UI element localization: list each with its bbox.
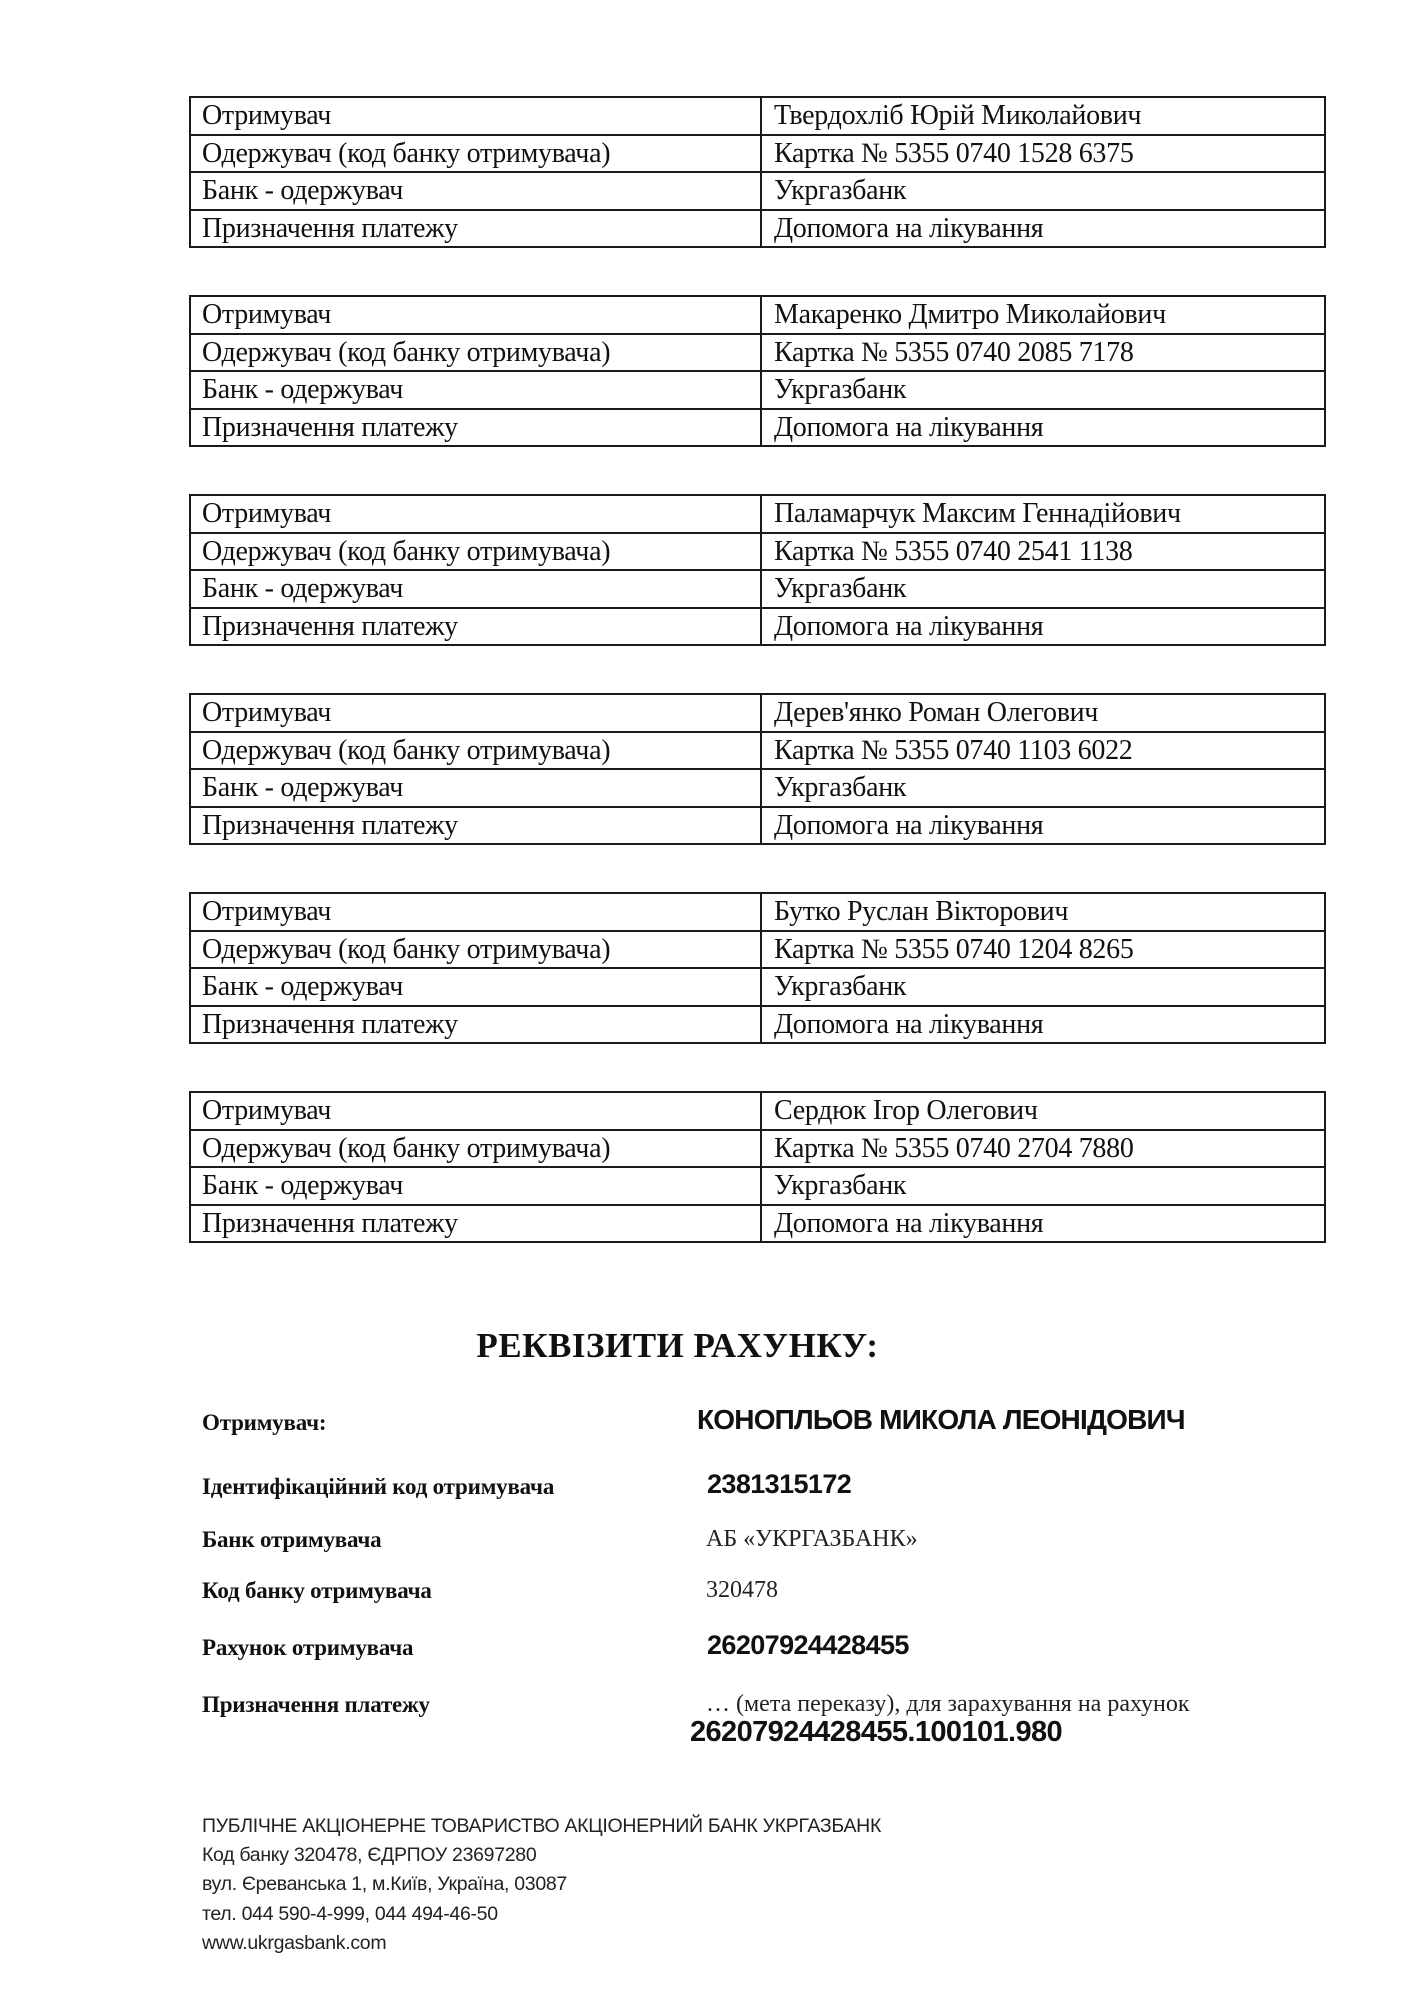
row-label: Банк - одержувач (190, 371, 761, 409)
row-label: Отримувач (190, 694, 761, 732)
row-label: Отримувач (190, 97, 761, 135)
table-row: Одержувач (код банку отримувача)Картка №… (190, 931, 1325, 969)
row-label: Банк - одержувач (190, 172, 761, 210)
row-label: Призначення платежу (190, 608, 761, 646)
requisite-id-code: Ідентифікаційний код отримувача 23813151… (202, 1460, 1322, 1500)
row-value: Допомога на лікування (761, 210, 1325, 248)
table-row: Одержувач (код банку отримувача)Картка №… (190, 135, 1325, 173)
row-value: Укргазбанк (761, 968, 1325, 1006)
row-label: Призначення платежу (190, 409, 761, 447)
row-label: Банк - одержувач (190, 570, 761, 608)
requisite-label: Банк отримувача (202, 1527, 381, 1553)
row-value: Картка № 5355 0740 2704 7880 (761, 1130, 1325, 1168)
row-value: Укргазбанк (761, 172, 1325, 210)
row-value: Дерев'янко Роман Олегович (761, 694, 1325, 732)
row-value: Картка № 5355 0740 2085 7178 (761, 334, 1325, 372)
requisite-bank: Банк отримувача АБ «УКРГАЗБАНК» (202, 1513, 1322, 1553)
recipient-table: ОтримувачБутко Руслан ВікторовичОдержува… (189, 892, 1326, 1044)
requisite-purpose: Призначення платежу … (мета переказу), д… (202, 1678, 1322, 1718)
bank-code-value: 320478 (706, 1577, 778, 1604)
table-row: Призначення платежуДопомога на лікування (190, 608, 1325, 646)
document-page: ОтримувачТвердохліб Юрій МиколайовичОдер… (0, 0, 1415, 2000)
row-label: Одержувач (код банку отримувача) (190, 533, 761, 571)
row-value: Укргазбанк (761, 570, 1325, 608)
requisite-recipient: Отримувач: КОНОПЛЬОВ МИКОЛА ЛЕОНІДОВИЧ (202, 1396, 1322, 1436)
row-label: Банк - одержувач (190, 968, 761, 1006)
row-label: Одержувач (код банку отримувача) (190, 135, 761, 173)
requisites-title: РЕКВІЗИТИ РАХУНКУ: (0, 1326, 1415, 1366)
table-row: Банк - одержувачУкргазбанк (190, 172, 1325, 210)
recipient-table: ОтримувачТвердохліб Юрій МиколайовичОдер… (189, 96, 1326, 248)
row-label: Одержувач (код банку отримувача) (190, 1130, 761, 1168)
requisite-label: Ідентифікаційний код отримувача (202, 1474, 554, 1500)
table-row: Призначення платежуДопомога на лікування (190, 409, 1325, 447)
table-row: Призначення платежуДопомога на лікування (190, 210, 1325, 248)
requisite-label: Код банку отримувача (202, 1578, 432, 1604)
table-row: Банк - одержувачУкргазбанк (190, 968, 1325, 1006)
table-row: Банк - одержувачУкргазбанк (190, 769, 1325, 807)
row-value: Картка № 5355 0740 1204 8265 (761, 931, 1325, 969)
row-label: Призначення платежу (190, 210, 761, 248)
table-row: ОтримувачБутко Руслан Вікторович (190, 893, 1325, 931)
row-value: Бутко Руслан Вікторович (761, 893, 1325, 931)
table-row: Одержувач (код банку отримувача)Картка №… (190, 334, 1325, 372)
recipient-table: ОтримувачПаламарчук Максим ГеннадійовичО… (189, 494, 1326, 646)
table-row: ОтримувачСердюк Ігор Олегович (190, 1092, 1325, 1130)
bank-value: АБ «УКРГАЗБАНК» (706, 1526, 918, 1553)
row-value: Укргазбанк (761, 371, 1325, 409)
table-row: Одержувач (код банку отримувача)Картка №… (190, 533, 1325, 571)
row-label: Отримувач (190, 893, 761, 931)
row-label: Банк - одержувач (190, 769, 761, 807)
table-row: Призначення платежуДопомога на лікування (190, 807, 1325, 845)
table-row: ОтримувачТвердохліб Юрій Миколайович (190, 97, 1325, 135)
table-row: Призначення платежуДопомога на лікування (190, 1006, 1325, 1044)
requisite-bank-code: Код банку отримувача 320478 (202, 1564, 1322, 1604)
row-value: Допомога на лікування (761, 608, 1325, 646)
row-label: Одержувач (код банку отримувача) (190, 334, 761, 372)
table-row: Банк - одержувачУкргазбанк (190, 1167, 1325, 1205)
purpose-value: … (мета переказу), для зарахування на ра… (706, 1691, 1190, 1718)
row-value: Картка № 5355 0740 2541 1138 (761, 533, 1325, 571)
row-value: Макаренко Дмитро Миколайович (761, 296, 1325, 334)
table-row: ОтримувачДерев'янко Роман Олегович (190, 694, 1325, 732)
row-value: Паламарчук Максим Геннадійович (761, 495, 1325, 533)
recipient-table: ОтримувачСердюк Ігор ОлеговичОдержувач (… (189, 1091, 1326, 1243)
account-value: 26207924428455 (707, 1630, 909, 1661)
table-row: ОтримувачМакаренко Дмитро Миколайович (190, 296, 1325, 334)
requisite-label: Призначення платежу (202, 1692, 430, 1718)
row-label: Призначення платежу (190, 1205, 761, 1243)
table-row: Одержувач (код банку отримувача)Картка №… (190, 732, 1325, 770)
row-label: Одержувач (код банку отримувача) (190, 732, 761, 770)
table-row: Банк - одержувачУкргазбанк (190, 570, 1325, 608)
footer-bank-codes: Код банку 320478, ЄДРПОУ 23697280 (202, 1841, 881, 1870)
row-value: Картка № 5355 0740 1528 6375 (761, 135, 1325, 173)
footer-phones: тел. 044 590-4-999, 044 494-46-50 (202, 1900, 881, 1929)
row-label: Призначення платежу (190, 807, 761, 845)
bank-footer: ПУБЛІЧНЕ АКЦІОНЕРНЕ ТОВАРИСТВО АКЦІОНЕРН… (202, 1812, 881, 1958)
table-row: Одержувач (код банку отримувача)Картка №… (190, 1130, 1325, 1168)
row-value: Допомога на лікування (761, 807, 1325, 845)
row-value: Допомога на лікування (761, 409, 1325, 447)
table-row: Банк - одержувачУкргазбанк (190, 371, 1325, 409)
footer-bank-name: ПУБЛІЧНЕ АКЦІОНЕРНЕ ТОВАРИСТВО АКЦІОНЕРН… (202, 1812, 881, 1841)
row-label: Отримувач (190, 1092, 761, 1130)
row-value: Сердюк Ігор Олегович (761, 1092, 1325, 1130)
purpose-account-number: 26207924428455.100101.980 (690, 1716, 1062, 1749)
recipient-tables: ОтримувачТвердохліб Юрій МиколайовичОдер… (189, 96, 1326, 1290)
requisite-label: Отримувач: (202, 1410, 326, 1436)
footer-address: вул. Єреванська 1, м.Київ, Україна, 0308… (202, 1870, 881, 1899)
footer-website-link[interactable]: www.ukrgasbank.com (202, 1929, 881, 1958)
row-value: Твердохліб Юрій Миколайович (761, 97, 1325, 135)
row-label: Банк - одержувач (190, 1167, 761, 1205)
requisite-account: Рахунок отримувача 26207924428455 (202, 1621, 1322, 1661)
id-code-value: 2381315172 (707, 1469, 851, 1500)
row-value: Допомога на лікування (761, 1006, 1325, 1044)
recipient-table: ОтримувачДерев'янко Роман ОлеговичОдержу… (189, 693, 1326, 845)
row-value: Допомога на лікування (761, 1205, 1325, 1243)
row-label: Одержувач (код банку отримувача) (190, 931, 761, 969)
row-label: Отримувач (190, 296, 761, 334)
requisite-label: Рахунок отримувача (202, 1635, 413, 1661)
table-row: ОтримувачПаламарчук Максим Геннадійович (190, 495, 1325, 533)
recipient-table: ОтримувачМакаренко Дмитро МиколайовичОде… (189, 295, 1326, 447)
table-row: Призначення платежуДопомога на лікування (190, 1205, 1325, 1243)
row-value: Укргазбанк (761, 1167, 1325, 1205)
row-value: Укргазбанк (761, 769, 1325, 807)
recipient-name: КОНОПЛЬОВ МИКОЛА ЛЕОНІДОВИЧ (697, 1404, 1185, 1436)
row-label: Отримувач (190, 495, 761, 533)
row-value: Картка № 5355 0740 1103 6022 (761, 732, 1325, 770)
row-label: Призначення платежу (190, 1006, 761, 1044)
